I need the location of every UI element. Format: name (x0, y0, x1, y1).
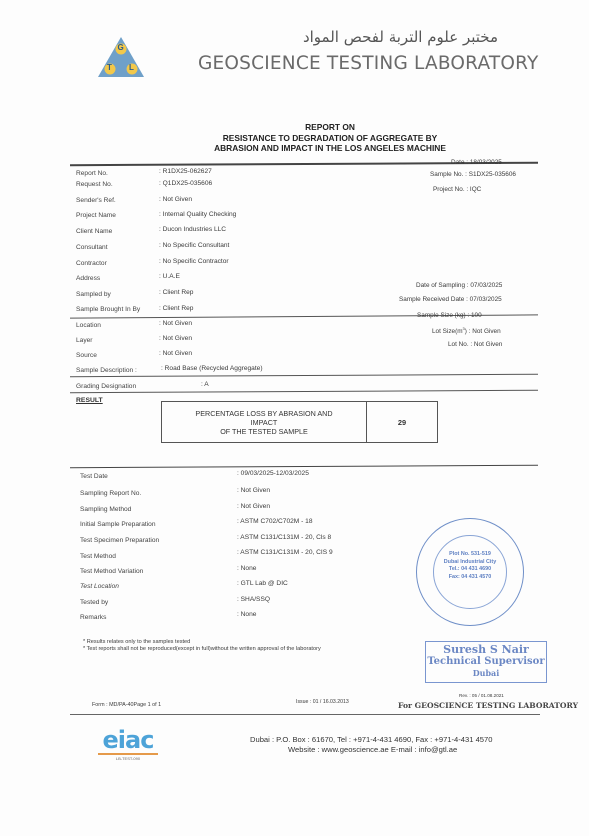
field-value: : No Specific Consultant (159, 242, 229, 249)
logo-letter-l: L (129, 63, 134, 72)
field-value: : Ducon Industries LLC (159, 226, 226, 233)
field-label: Layer (76, 337, 93, 344)
result-heading: RESULT (76, 397, 103, 404)
test-info-value: : ASTM C702/C702M - 18 (237, 518, 313, 525)
note-1: * Results relates only to the samples te… (83, 639, 190, 645)
test-info-label: Test Specimen Preparation (80, 537, 159, 544)
sample-no: Sample No. : S1DX25-035606 (430, 171, 516, 178)
test-info-label: Test Date (80, 473, 108, 480)
test-info-label: Sampling Report No. (80, 490, 141, 497)
test-info-label: Test Location (80, 583, 119, 590)
signatory-name: Suresh S Nair (426, 643, 546, 656)
result-description-line3: OF THE TESTED SAMPLE (195, 427, 332, 436)
sample-received-date: Sample Received Date : 07/03/2025 (399, 296, 502, 303)
form-number: Form : MD/PA-40Page 1 of 1 (92, 702, 161, 708)
issue-number: Issue : 01 / 16.03.2013 (296, 699, 349, 705)
field-value: : Not Given (159, 350, 192, 357)
test-info-value: : ASTM C131/C131M - 20, Cls 8 (237, 534, 331, 541)
lab-name: GEOSCIENCE TESTING LABORATORY (198, 53, 539, 74)
field-label: Report No. (76, 170, 108, 177)
result-value: 29 (367, 402, 437, 442)
test-info-value: : 09/03/2025-12/03/2025 (237, 470, 309, 477)
field-label: Client Name (76, 228, 112, 235)
field-label: Sample Brought In By (76, 306, 140, 313)
for-lab: For GEOSCIENCE TESTING LABORATORY (398, 701, 578, 710)
footer-contact: Website : www.geoscience.ae E-mail : inf… (288, 745, 457, 754)
result-description-line2: IMPACT (195, 418, 332, 427)
footer-address: Dubai : P.O. Box : 61670, Tel : +971-4-4… (250, 735, 492, 744)
report-title-line3: ABRASION AND IMPACT IN THE LOS ANGELES M… (200, 143, 460, 154)
field-label: Address (76, 275, 100, 282)
report-title: REPORT ON RESISTANCE TO DEGRADATION OF A… (200, 122, 460, 154)
test-info-label: Remarks (80, 614, 106, 621)
field-value: : Not Given (159, 196, 192, 203)
field-label: Source (76, 352, 97, 359)
project-no: Project No. : IQC (433, 186, 481, 193)
result-description-line1: PERCENTAGE LOSS BY ABRASION AND (195, 409, 332, 418)
signatory-title: Technical Supervisor (426, 656, 546, 668)
report-title-line1: REPORT ON (200, 122, 460, 133)
stamp-line: Plot No. 531-519 (417, 551, 523, 559)
revision: Rev. : 05 / 01.08.2021 (459, 693, 504, 698)
field-label: Sample Description : (76, 367, 137, 374)
field-label: Project Name (76, 212, 116, 219)
report-date: Date : 18/03/2025 (451, 159, 502, 166)
field-value: : Road Base (Recycled Aggregate) (161, 365, 263, 372)
logo-letter-g: G (118, 43, 124, 52)
test-info-value: : ASTM C131/C131M - 20, CIS 9 (237, 549, 333, 556)
test-info-label: Sampling Method (80, 506, 131, 513)
stamp-line: Dubai Industrial City (417, 559, 523, 567)
field-label: Contractor (76, 260, 107, 267)
field-value: : Not Given (159, 320, 192, 327)
field-label: Sender's Ref. (76, 197, 116, 204)
field-label: Grading Designation (76, 383, 136, 390)
eiac-code: LB-TEST-090 (88, 756, 168, 761)
test-info-label: Tested by (80, 599, 108, 606)
date-of-sampling: Date of Sampling : 07/03/2025 (416, 282, 502, 289)
lot-size: Lot Size(m3) : Not Given (432, 326, 501, 335)
eiac-wordmark: eiac (88, 728, 168, 752)
field-value: : Client Rep (159, 305, 193, 312)
field-value: : R1DX25-062627 (159, 168, 212, 175)
sample-size: Sample Size (kg) : 100 (417, 312, 482, 319)
field-value: : Client Rep (159, 289, 193, 296)
field-label: Location (76, 322, 101, 329)
section-divider (70, 374, 538, 377)
field-value: : U.A.E (159, 273, 180, 280)
lot-size-value: ) : Not Given (465, 328, 501, 335)
lot-size-label: Lot Size(m (432, 328, 463, 335)
logo-letter-t: T (107, 63, 112, 72)
field-label: Request No. (76, 181, 113, 188)
test-info-value: : Not Given (237, 503, 270, 510)
test-info-value: : None (237, 565, 256, 572)
eiac-logo: eiac LB-TEST-090 (88, 728, 168, 764)
field-value: : No Specific Contractor (159, 258, 229, 265)
test-info-label: Initial Sample Preparation (80, 521, 156, 528)
field-value: : Internal Quality Checking (159, 211, 236, 218)
stamp-center: Plot No. 531-519 Dubai Industrial City T… (417, 551, 523, 581)
footer-divider (70, 714, 540, 715)
section-divider (70, 390, 538, 393)
report-title-line2: RESISTANCE TO DEGRADATION OF AGGREGATE B… (200, 133, 460, 144)
result-description: PERCENTAGE LOSS BY ABRASION AND IMPACT O… (162, 402, 367, 442)
signatory-city: Dubai (426, 668, 546, 678)
test-info-value: : Not Given (237, 487, 270, 494)
test-info-value: : SHA/SSQ (237, 596, 270, 603)
test-info-value: : GTL Lab @ DIC (237, 580, 288, 587)
test-info-label: Test Method (80, 553, 116, 560)
lab-name-arabic: مختبر علوم التربة لفحص المواد (198, 28, 498, 46)
signature-stamp: Suresh S Nair Technical Supervisor Dubai (425, 641, 547, 683)
lab-stamp: Plot No. 531-519 Dubai Industrial City T… (416, 518, 524, 626)
test-info-value: : None (237, 611, 256, 618)
field-label: Consultant (76, 244, 108, 251)
result-table: PERCENTAGE LOSS BY ABRASION AND IMPACT O… (161, 401, 438, 443)
field-value: : A (201, 381, 209, 388)
stamp-line: Tel.: 04 431 4690 (417, 566, 523, 574)
test-info-divider (70, 465, 538, 468)
field-value: : Not Given (159, 335, 192, 342)
test-info-label: Test Method Variation (80, 568, 143, 575)
field-label: Sampled by (76, 291, 111, 298)
gtl-logo: G T L (97, 36, 145, 78)
lot-no: Lot No. : Not Given (448, 341, 502, 348)
field-value: : Q1DX25-035606 (159, 180, 212, 187)
stamp-line: Fax: 04 431 4570 (417, 574, 523, 582)
note-2: * Test reports shall not be reproduced(e… (83, 646, 321, 652)
